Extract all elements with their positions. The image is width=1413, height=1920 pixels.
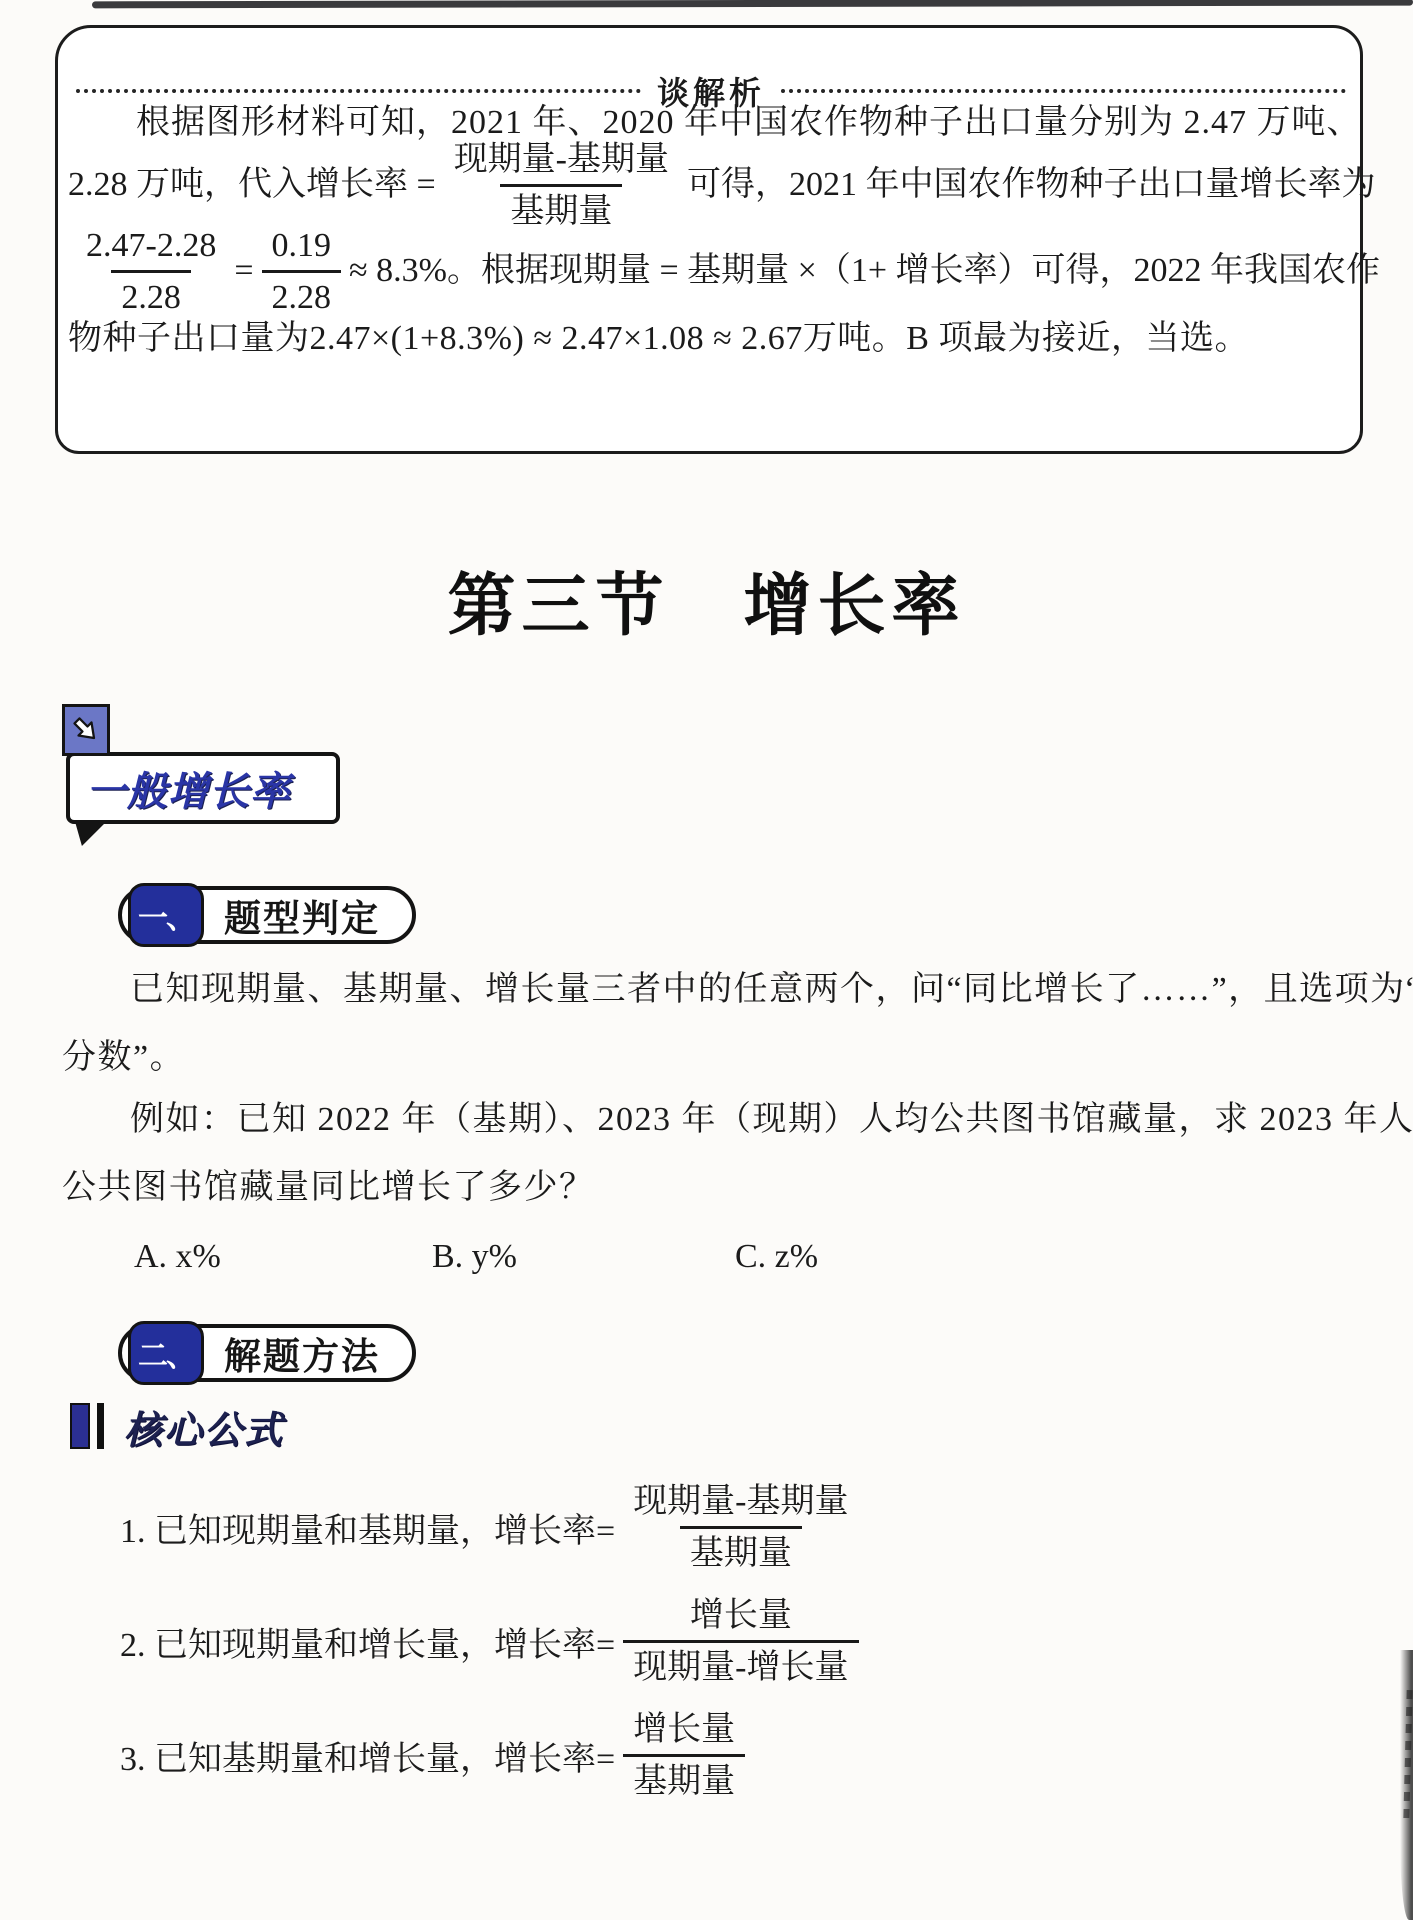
dotted-rule-right: [781, 89, 1346, 93]
scan-artifact-top: [92, 0, 1413, 8]
core-formula-heading: 核心公式: [70, 1402, 284, 1450]
section-number-badge: 一、: [128, 883, 204, 947]
fraction-numerator: 2.47-2.28: [76, 226, 226, 270]
analysis-box: 谈解析 根据图形材料可知，2021 年、2020 年中国农作物种子出口量分别为 …: [55, 25, 1363, 454]
fraction-numerator: 增长量: [623, 1710, 745, 1754]
section-title: 第三节 增长率: [0, 552, 1413, 649]
fraction-numerator: 现期量-基期量: [623, 1482, 858, 1526]
analysis-line-1: 根据图形材料可知，2021 年、2020 年中国农作物种子出口量分别为 2.47…: [68, 102, 1346, 145]
section-header-solution-method: 二、 解题方法: [118, 1324, 416, 1382]
core-formula-label: 核心公式: [124, 1399, 284, 1454]
page-curl-shadow: [1400, 1650, 1413, 1920]
section-number-badge: 二、: [128, 1321, 204, 1385]
analysis-line-2: 2.28 万吨，代入增长率 = 现期量-基期量 基期量 可得，2021 年中国农…: [68, 140, 1346, 231]
formula-lead: 2. 已知现期量和增长量，增长率=: [120, 1617, 615, 1666]
analysis-line-2-post: 可得，2021 年中国农作物种子出口量增长率为: [687, 164, 1376, 207]
formula-fraction: 增长量 现期量-增长量: [623, 1596, 858, 1687]
formula-row-1: 1. 已知现期量和基期量，增长率= 现期量-基期量 基期量: [120, 1482, 867, 1573]
formula-row-2: 2. 已知现期量和增长量，增长率= 增长量 现期量-增长量: [120, 1596, 867, 1687]
fraction-denominator: 基期量: [623, 1754, 745, 1801]
fraction-result: 0.19 2.28: [262, 226, 342, 317]
topic-label: 一般增长率: [86, 760, 291, 817]
option-c: C. z%: [735, 1238, 818, 1276]
analysis-line-3: 2.47-2.28 2.28 = 0.19 2.28 ≈ 8.3%。根据现期量 …: [68, 226, 1346, 317]
fraction-denominator: 基期量: [680, 1526, 802, 1573]
formula-fraction: 现期量-基期量 基期量: [623, 1482, 858, 1573]
equals-sign: =: [234, 250, 253, 293]
section-header-title: 题型判定: [224, 888, 380, 942]
option-b: B. y%: [432, 1238, 517, 1276]
arrow-down-right-icon: [69, 713, 103, 747]
topic-badge-square: [62, 704, 110, 756]
paragraph-line: 分数”。: [62, 1038, 1353, 1079]
example-line: 公共图书馆藏量同比增长了多少？: [62, 1168, 1353, 1209]
heading-bar-blue: [70, 1403, 90, 1449]
fraction-denominator: 现期量-增长量: [623, 1640, 858, 1687]
analysis-line-2-pre: 2.28 万吨，代入增长率 =: [68, 164, 436, 207]
dotted-rule-left: [76, 89, 641, 93]
fraction-denominator: 基期量: [500, 184, 622, 231]
formula-lead: 3. 已知基期量和增长量，增长率=: [120, 1731, 615, 1780]
fraction-growth-rate: 现期量-基期量 基期量: [444, 140, 679, 231]
fraction-numerator: 增长量: [680, 1596, 802, 1640]
example-line: 例如：已知 2022 年（基期）、2023 年（现期）人均公共图书馆藏量，求 2…: [62, 1100, 1353, 1141]
option-a: A. x%: [134, 1238, 221, 1276]
heading-bar-black: [97, 1403, 104, 1449]
topic-label-box: 一般增长率: [66, 752, 340, 824]
section-header-title: 解题方法: [224, 1326, 380, 1380]
fraction-numerator: 现期量-基期量: [444, 140, 679, 184]
analysis-line-3-post: ≈ 8.3%。根据现期量 = 基期量 ×（1+ 增长率）可得，2022 年我国农…: [349, 250, 1380, 293]
formula-row-3: 3. 已知基期量和增长量，增长率= 增长量 基期量: [120, 1710, 753, 1801]
paragraph-line: 已知现期量、基期量、增长量三者中的任意两个，问“同比增长了……”，且选项为“百: [62, 970, 1353, 1011]
section-header-question-type: 一、 题型判定: [118, 886, 416, 944]
analysis-line-4: 物种子出口量为2.47×(1+8.3%) ≈ 2.47×1.08 ≈ 2.67万…: [68, 318, 1346, 361]
fraction-denominator: 2.28: [262, 270, 342, 317]
formula-fraction: 增长量 基期量: [623, 1710, 745, 1801]
fraction-numerator: 0.19: [262, 226, 342, 270]
fraction-denominator: 2.28: [111, 270, 191, 317]
formula-lead: 1. 已知现期量和基期量，增长率=: [120, 1503, 615, 1552]
textbook-page: 谈解析 根据图形材料可知，2021 年、2020 年中国农作物种子出口量分别为 …: [0, 0, 1413, 1920]
fraction-calculation: 2.47-2.28 2.28: [76, 226, 226, 317]
